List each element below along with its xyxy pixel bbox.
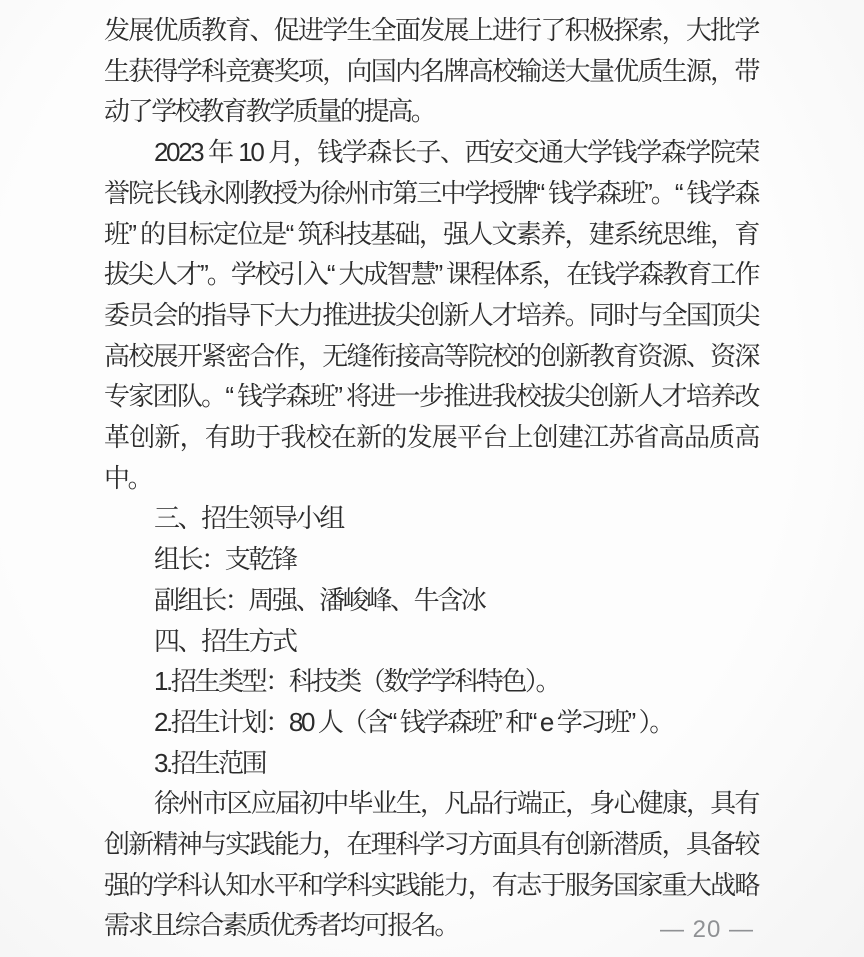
- line-admission-plan: 2.招生计划：80 人（含“ 钱学森班” 和“ e 学习班” ）。: [104, 702, 758, 743]
- body-paragraph-qianxuesen-class: 2023 年 10 月，钱学森长子、西安交通大学钱学森学院荣誉院长钱永刚教授为徐…: [104, 132, 758, 498]
- document-page: 发展优质教育、促进学生全面发展上进行了积极探索，大批学生获得学科竞赛奖项，向国内…: [0, 0, 864, 957]
- line-deputy-group-leaders: 副组长：周强、潘峻峰、牛含冰: [104, 580, 758, 621]
- line-admission-scope-heading: 3.招生范围: [104, 743, 758, 784]
- line-group-leader: 组长：支乾锋: [104, 539, 758, 580]
- document-body: 发展优质教育、促进学生全面发展上进行了积极探索，大批学生获得学科竞赛奖项，向国内…: [104, 10, 758, 946]
- line-admission-type: 1.招生类型：科技类（数学学科特色）。: [104, 661, 758, 702]
- section-heading-4-admission-method: 四、招生方式: [104, 621, 758, 662]
- section-heading-3-admission-leadership-group: 三、招生领导小组: [104, 498, 758, 539]
- page-number: — 20 —: [660, 915, 754, 945]
- body-paragraph-continuation: 发展优质教育、促进学生全面发展上进行了积极探索，大批学生获得学科竞赛奖项，向国内…: [104, 10, 758, 132]
